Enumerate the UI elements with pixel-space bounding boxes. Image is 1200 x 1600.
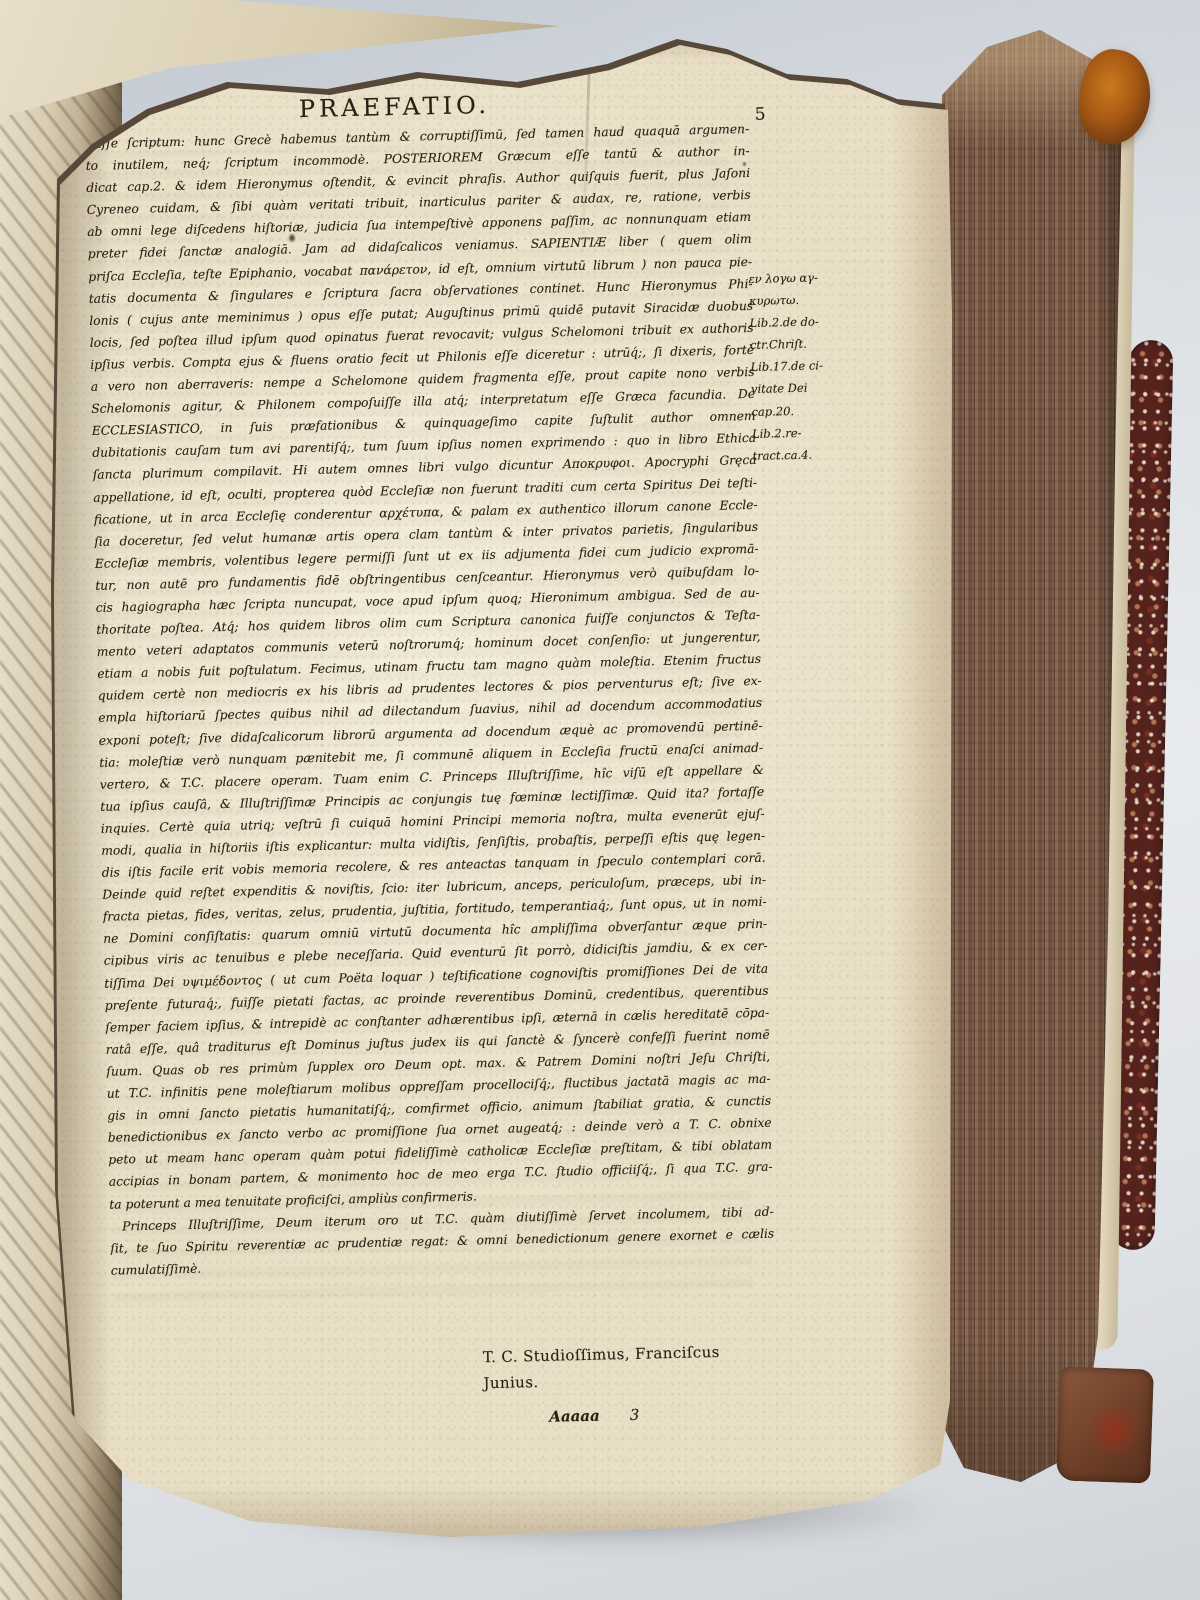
catchword-word: Aaaaa: [549, 1407, 600, 1426]
catchword: Aaaaa3: [549, 1406, 639, 1426]
margin-note: Lib.2.re-: [752, 420, 856, 444]
margin-note: ctr.Chriſt.: [750, 332, 854, 356]
margin-note: cap.20.: [751, 398, 855, 422]
body-text: fuiſſe ſcriptum: hunc Grecè habemus tant…: [85, 118, 775, 1282]
margin-note: vitate Dei: [751, 376, 855, 400]
margin-note: κυρωτω.: [749, 288, 853, 312]
signature-line: T. C. Studioſſimus, Franciſcus: [483, 1339, 720, 1370]
book-page: PRAEFATIO. 5 fuiſſe ſcriptum: hunc Grecè…: [40, 15, 955, 1560]
margin-note: εν λογω αγ-: [748, 266, 852, 290]
margin-note: Lib.2.de do-: [749, 310, 853, 334]
catchword-number: 3: [630, 1406, 640, 1424]
margin-note: Lib.17.de ci-: [750, 354, 854, 378]
signature-line: Junius.: [483, 1365, 720, 1396]
leather-board-corner: [1056, 1366, 1154, 1483]
margin-notes: εν λογω αγ-κυρωτω.Lib.2.de do-ctr.Chriſt…: [748, 266, 856, 467]
signature: T. C. Studioſſimus, FranciſcusJunius.: [483, 1339, 721, 1396]
book-photo: PRAEFATIO. 5 fuiſſe ſcriptum: hunc Grecè…: [0, 0, 1200, 1600]
page-number: 5: [755, 105, 766, 125]
margin-note: tract.ca.4.: [752, 442, 856, 466]
text-block-fore-edge: [930, 30, 1122, 1482]
printed-text-layer: PRAEFATIO. 5 fuiſſe ſcriptum: hunc Grecè…: [85, 116, 845, 133]
book-right-side: [930, 0, 1190, 1600]
